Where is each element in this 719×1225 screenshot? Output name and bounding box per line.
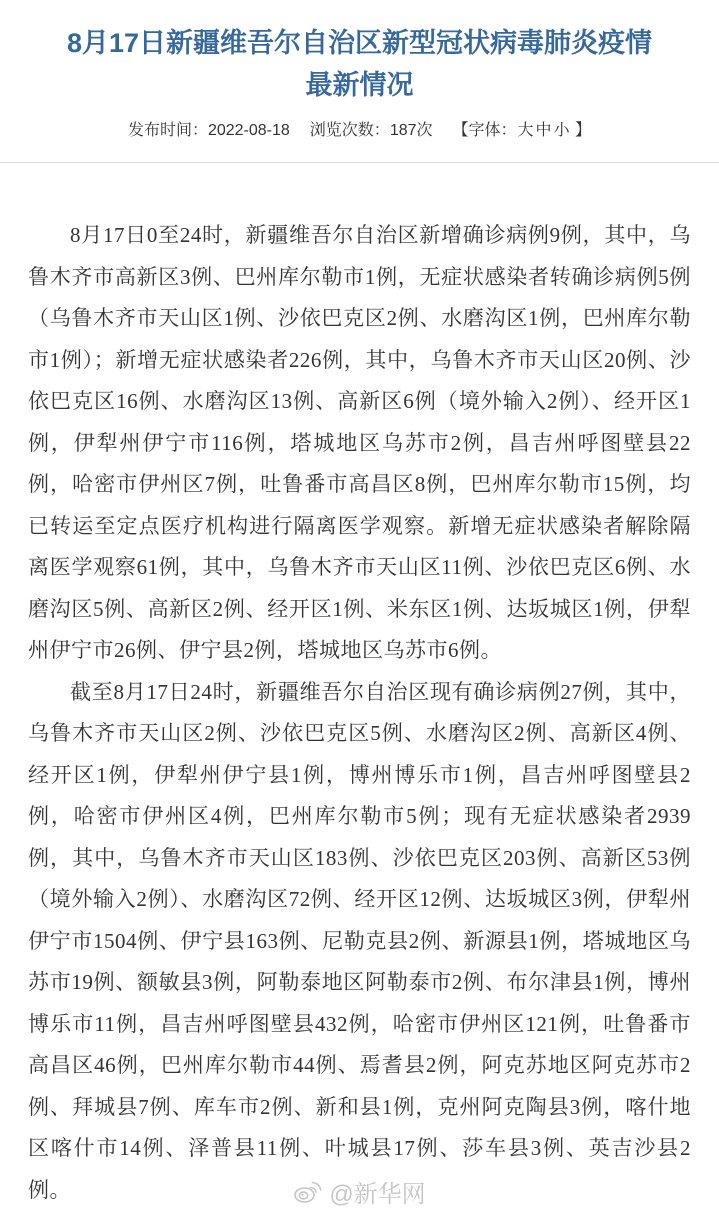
page-title: 8月17日新疆维吾尔自治区新型冠状病毒肺炎疫情最新情况: [0, 22, 719, 106]
view-count: 浏览次数：187次: [310, 120, 433, 142]
watermark: @新华网: [0, 1177, 719, 1213]
fontsize-label: 【字体：: [453, 122, 517, 139]
publish-time-value: 2022-08-18: [208, 122, 290, 139]
article-meta-bar: 发布时间：2022-08-18浏览次数：187次【字体：大中小 】: [0, 120, 719, 142]
publish-time: 发布时间：2022-08-18: [128, 120, 290, 142]
article-page: 8月17日新疆维吾尔自治区新型冠状病毒肺炎疫情最新情况 发布时间：2022-08…: [0, 0, 719, 1225]
view-count-value: 187次: [390, 122, 433, 139]
fontsize-control: 【字体：大中小 】: [453, 120, 592, 142]
weibo-icon: [293, 1177, 323, 1213]
article-header: 8月17日新疆维吾尔自治区新型冠状病毒肺炎疫情最新情况 发布时间：2022-08…: [0, 0, 719, 142]
fontsize-large-button[interactable]: 大: [517, 122, 535, 139]
page-title-line2: 最新情况: [0, 64, 719, 106]
fontsize-label-end: 】: [575, 122, 591, 139]
view-count-label: 浏览次数：: [310, 122, 390, 139]
fontsize-small-button[interactable]: 小: [553, 122, 571, 139]
page-title-line1: 8月17日新疆维吾尔自治区新型冠状病毒肺炎疫情: [0, 22, 719, 64]
fontsize-medium-button[interactable]: 中: [535, 122, 553, 139]
article-body: 8月17日0至24时，新疆维吾尔自治区新增确诊病例9例，其中，乌鲁木齐市高新区3…: [0, 163, 719, 1211]
article-paragraph: 8月17日0至24时，新疆维吾尔自治区新增确诊病例9例，其中，乌鲁木齐市高新区3…: [28, 215, 691, 672]
article-paragraph: 截至8月17日24时，新疆维吾尔自治区现有确诊病例27例，其中，乌鲁木齐市天山区…: [28, 672, 691, 1212]
publish-time-label: 发布时间：: [128, 122, 208, 139]
watermark-text: @新华网: [329, 1180, 425, 1210]
